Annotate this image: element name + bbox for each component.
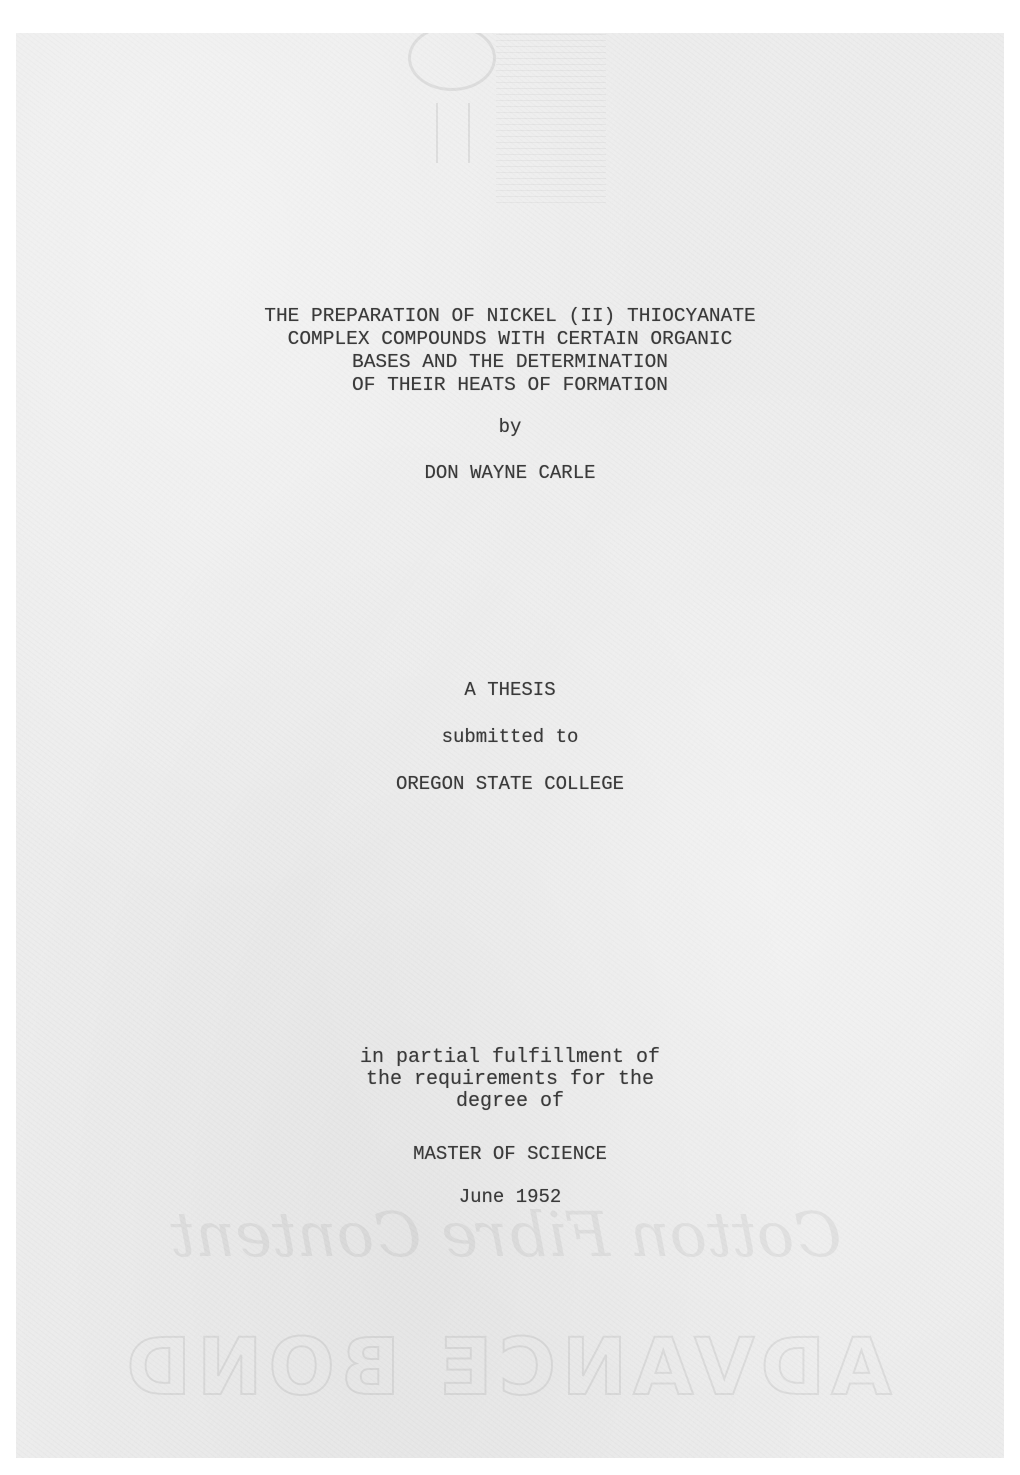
- title-line-4: OF THEIR HEATS OF FORMATION: [16, 374, 1004, 397]
- thesis-title: THE PREPARATION OF NICKEL (II) THIOCYANA…: [16, 305, 1004, 397]
- watermark-crest-icon: [396, 33, 506, 183]
- fulfillment-line-3: degree of: [16, 1091, 1004, 1113]
- author-name: DON WAYNE CARLE: [16, 462, 1004, 484]
- document-kind: A THESIS: [16, 679, 1004, 701]
- watermark-crest-stem: [436, 103, 470, 163]
- watermark-script-bleed: Cotton Fibre Content: [126, 1198, 886, 1271]
- watermark-crest-ring: [408, 33, 496, 91]
- watermark-bleed-through: ADVANCE BOND: [106, 1323, 906, 1413]
- institution-name: OREGON STATE COLLEGE: [16, 773, 1004, 795]
- submission-date: June 1952: [16, 1186, 1004, 1208]
- fulfillment-line-1: in partial fulfillment of: [16, 1047, 1004, 1069]
- watermark-band: [496, 33, 606, 203]
- by-label: by: [16, 416, 1004, 438]
- degree-name: MASTER OF SCIENCE: [16, 1143, 1004, 1165]
- scanned-page: Cotton Fibre Content ADVANCE BOND THE PR…: [16, 33, 1004, 1458]
- title-line-2: COMPLEX COMPOUNDS WITH CERTAIN ORGANIC: [16, 328, 1004, 351]
- fulfillment-statement: in partial fulfillment ofthe requirement…: [16, 1047, 1004, 1113]
- title-line-3: BASES AND THE DETERMINATION: [16, 351, 1004, 374]
- submitted-label: submitted to: [16, 726, 1004, 748]
- fulfillment-line-2: the requirements for the: [16, 1069, 1004, 1091]
- title-line-1: THE PREPARATION OF NICKEL (II) THIOCYANA…: [16, 305, 1004, 328]
